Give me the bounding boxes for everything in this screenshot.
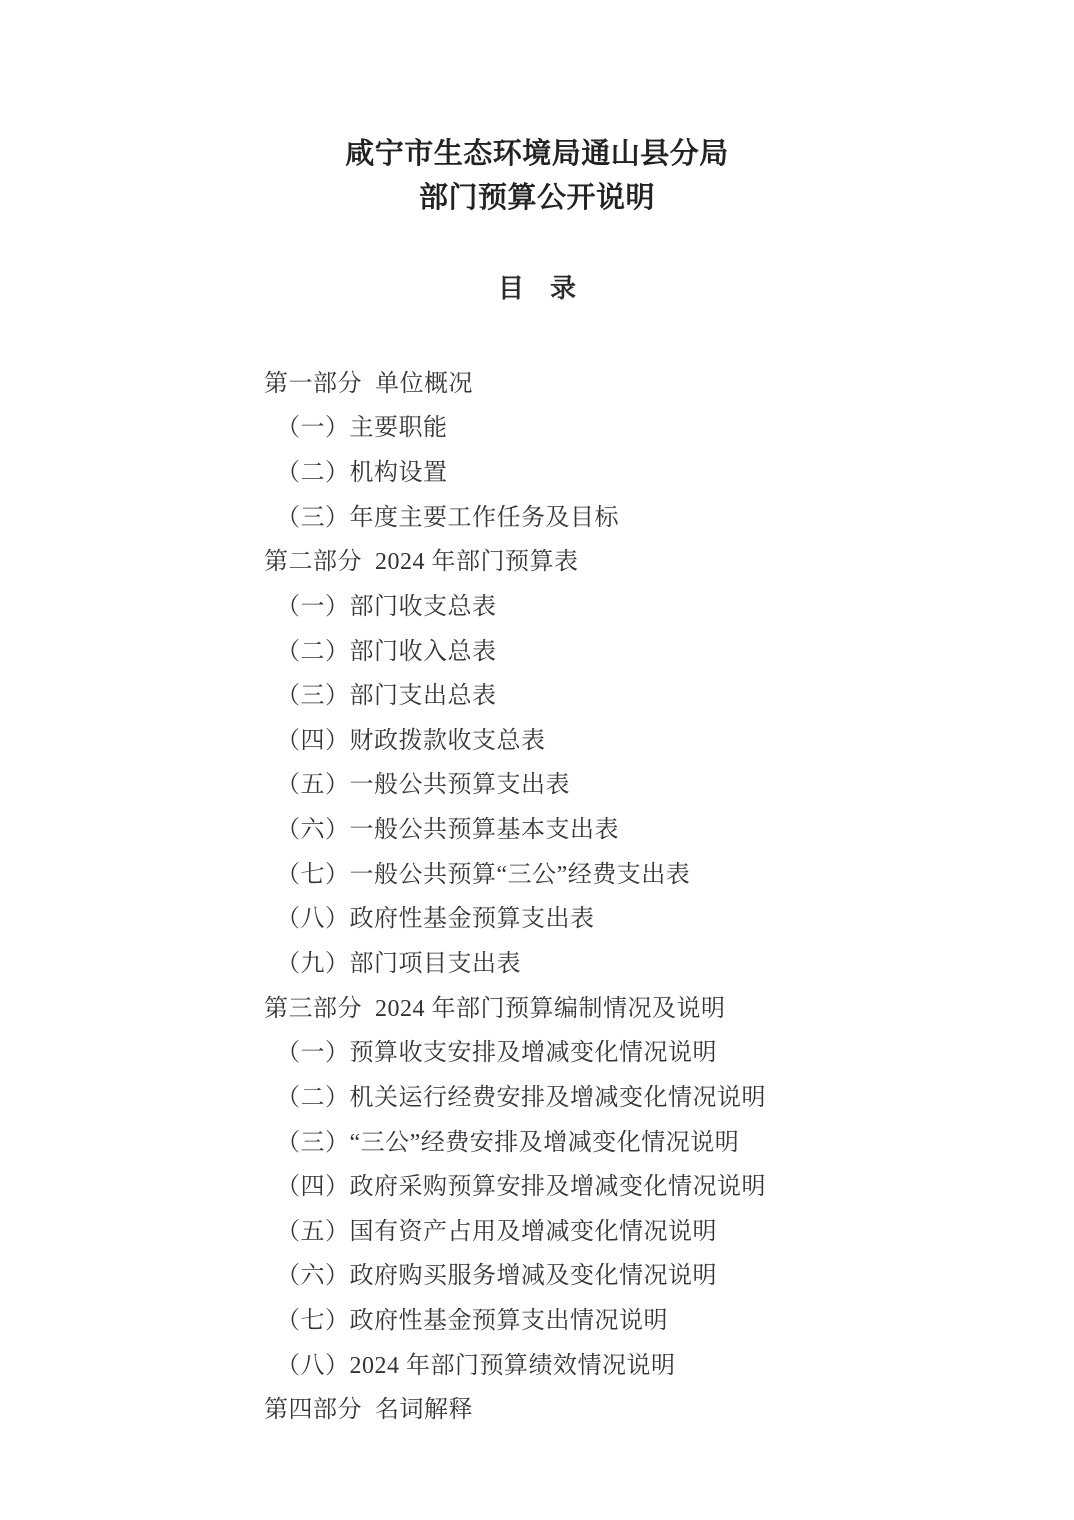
toc-entry-label: 第四部分 名词解释 <box>264 1397 473 1423</box>
toc-entry-label: （四）财政拨款收支总表 <box>276 728 546 754</box>
toc-entry-label: （四）政府采购预算安排及增减变化情况说明 <box>276 1174 766 1200</box>
toc-entry-label: （五）国有资产占用及增减变化情况说明 <box>276 1219 717 1245</box>
document-page: 咸宁市生态环境局通山县分局 部门预算公开说明 目 录 第一部分 单位概况 （一）… <box>0 0 1074 1520</box>
toc-entry-label: 第二部分 2024 年部门预算表 <box>264 549 579 575</box>
toc-entry-label: （三）年度主要工作任务及目标 <box>276 505 619 531</box>
toc-entry-label: （六）政府购买服务增减及变化情况说明 <box>276 1263 717 1289</box>
toc-entry-label: （一）主要职能 <box>276 415 448 441</box>
toc-entry-label: （六）一般公共预算基本支出表 <box>276 817 619 843</box>
document-title-line1: 咸宁市生态环境局通山县分局 <box>0 138 1074 171</box>
toc-entry-label: （二）机构设置 <box>276 460 448 486</box>
document-title-line2: 部门预算公开说明 <box>0 182 1074 215</box>
toc-entry-label: 第一部分 单位概况 <box>264 371 473 397</box>
toc-entry-label: （三）部门支出总表 <box>276 683 497 709</box>
toc-entry: （二）机构设置 <box>0 406 1074 451</box>
toc-entry-label: （八）2024 年部门预算绩效情况说明 <box>276 1353 676 1379</box>
toc-list: 第一部分 单位概况 （一）主要职能 （二）机构设置 （三）年度主要工作任务及目标… <box>0 317 1074 1388</box>
toc-entry-label: （二）部门收入总表 <box>276 639 497 665</box>
toc-entry: 第三部分 2024 年部门预算编制情况及说明 <box>0 942 1074 987</box>
toc-entry: 第一部分 单位概况 <box>0 317 1074 362</box>
toc-entry: （三）年度主要工作任务及目标 <box>0 451 1074 496</box>
toc-entry-label: （二）机关运行经费安排及增减变化情况说明 <box>276 1085 766 1111</box>
toc-heading: 目 录 <box>0 274 1074 304</box>
toc-entry-label: （七）政府性基金预算支出情况说明 <box>276 1308 668 1334</box>
toc-entry-label: （七）一般公共预算“三公”经费支出表 <box>276 862 690 888</box>
toc-entry: （四）财政拨款收支总表 <box>0 674 1074 719</box>
toc-entry-label: （一）预算收支安排及增减变化情况说明 <box>276 1040 717 1066</box>
toc-entry-label: （八）政府性基金预算支出表 <box>276 906 595 932</box>
toc-entry: （一）主要职能 <box>0 362 1074 407</box>
toc-entry-label: （九）部门项目支出表 <box>276 951 521 977</box>
toc-entry: （二）部门收入总表 <box>0 585 1074 630</box>
toc-entry: （三）部门支出总表 <box>0 629 1074 674</box>
toc-entry-label: 第三部分 2024 年部门预算编制情况及说明 <box>264 996 726 1022</box>
toc-entry-label: （三）“三公”经费安排及增减变化情况说明 <box>276 1130 739 1156</box>
toc-entry-label: （一）部门收支总表 <box>276 594 497 620</box>
toc-entry-label: （五）一般公共预算支出表 <box>276 772 570 798</box>
